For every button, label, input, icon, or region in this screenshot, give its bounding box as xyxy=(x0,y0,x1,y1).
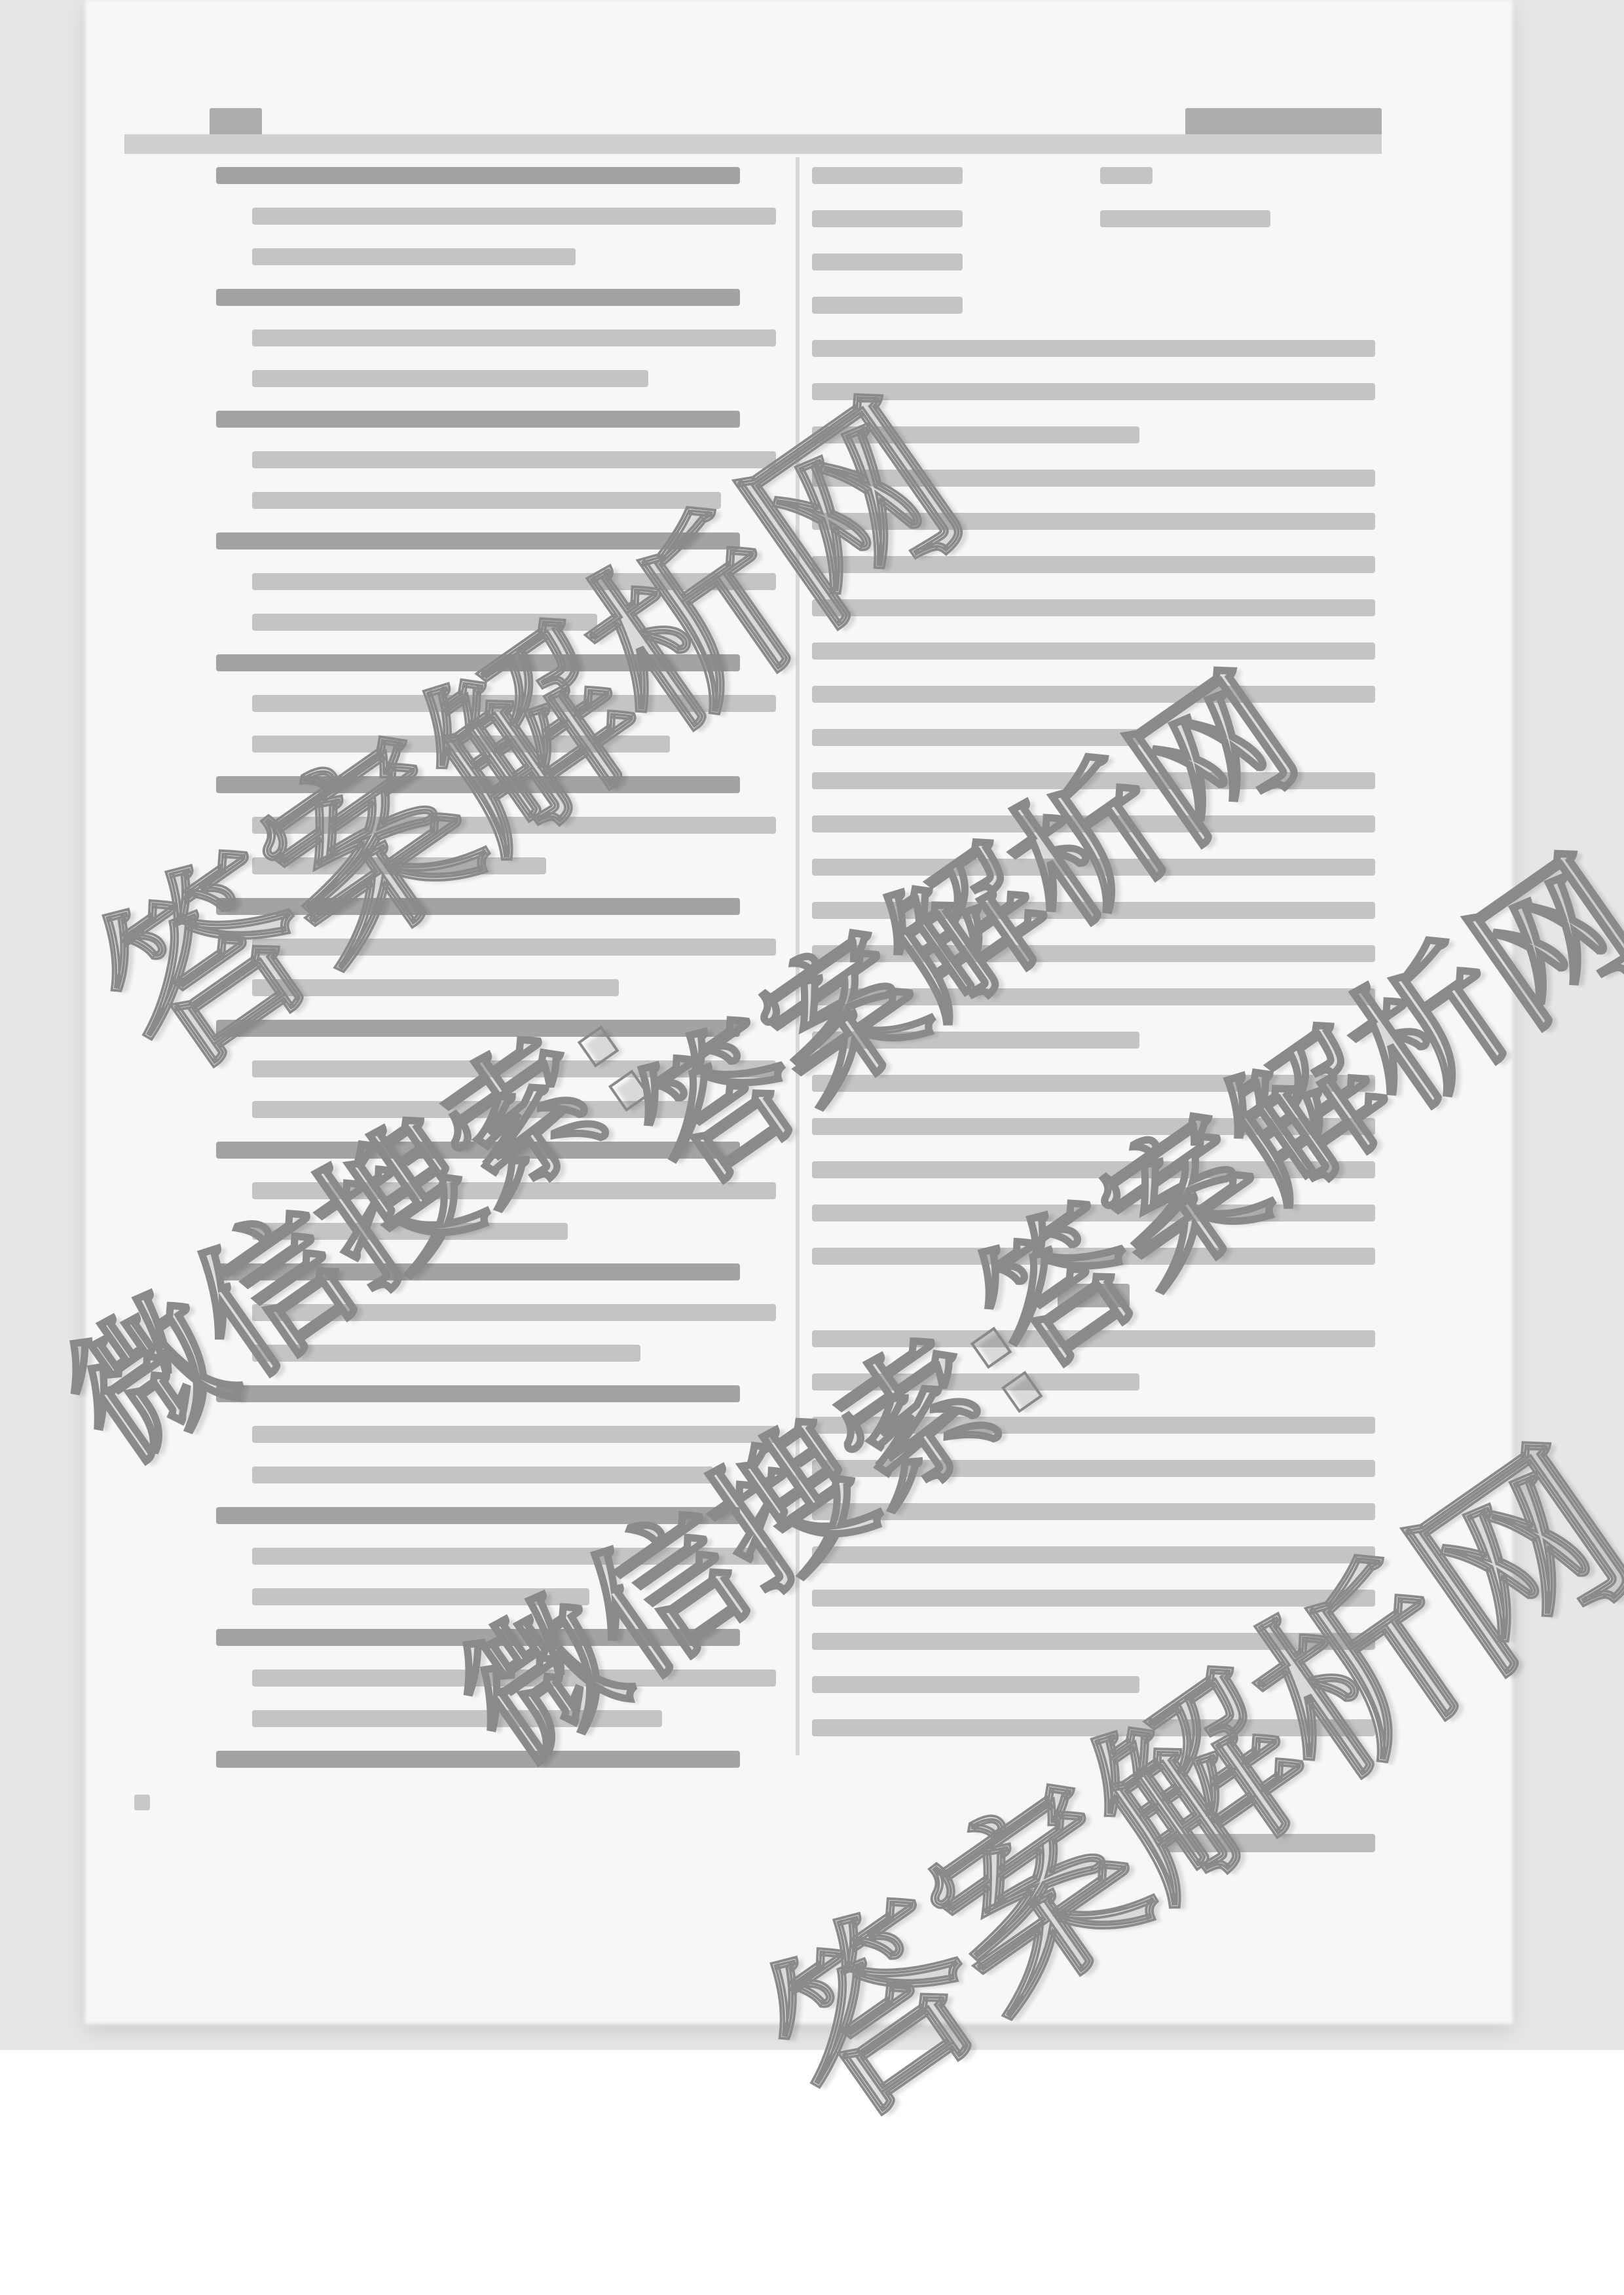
text-line xyxy=(216,289,740,306)
text-line xyxy=(812,167,963,184)
text-line xyxy=(252,208,776,225)
text-line xyxy=(812,643,1375,660)
text-line xyxy=(812,297,963,314)
text-line xyxy=(1100,167,1153,184)
text-line xyxy=(1100,210,1270,227)
text-line xyxy=(812,383,1375,400)
text-line xyxy=(216,411,740,428)
text-line xyxy=(216,1751,740,1768)
text-line xyxy=(812,340,1375,357)
text-line xyxy=(252,370,648,387)
text-line xyxy=(812,253,963,271)
text-line xyxy=(812,210,963,227)
text-line xyxy=(252,248,576,265)
text-line xyxy=(216,167,740,184)
header-rule xyxy=(124,134,1382,154)
text-line xyxy=(252,329,776,346)
page-number xyxy=(134,1795,150,1810)
